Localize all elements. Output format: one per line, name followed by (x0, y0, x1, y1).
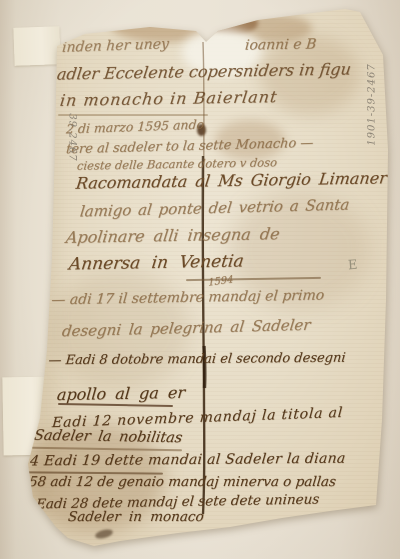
manuscript-line-12: 6 — adi 17 il settembre mandaj el primo (37, 287, 325, 308)
manuscript-date-1594: 1594 (208, 274, 234, 289)
paper-surface: inden her uney ioanni e B adler Eccelent… (20, 6, 392, 552)
accession-number-right: 1901-39-2467 (367, 55, 378, 155)
underline-venetia (186, 277, 321, 281)
manuscript-line-1b: ioanni e B (244, 36, 317, 53)
underline-nobilitas (32, 447, 182, 451)
manuscript-line-17: Sadeler la nobilitas (33, 428, 184, 447)
manuscript-line-21: Sadeler in monaco (67, 509, 204, 525)
manuscript-sheet: inden her uney ioanni e B adler Eccelent… (20, 6, 392, 552)
manuscript-line-9: Apolinare alli insegna de (65, 224, 281, 247)
ink-speck (94, 528, 113, 540)
manuscript-line-4: 2 di marzo 1595 ando (66, 117, 205, 137)
manuscript-line-16: Eadi 12 novembre mandaj la titola al (52, 405, 344, 431)
manuscript-line-7: Racomandata al Ms Giorgio Limaner (75, 168, 388, 192)
manuscript-line-18: 4 Eadi 19 dette mandai al Sadeler la dia… (29, 451, 346, 470)
manuscript-line-19: 58 adi 12 de genaio mandaj minerva o pal… (28, 474, 337, 490)
manuscript-line-3: in monacho in Baierlant (59, 87, 279, 110)
ink-rule (58, 114, 208, 116)
manuscript-line-14: 2 — Eadi 8 dotobre mandai el secondo des… (35, 351, 346, 369)
accession-number-left: 39.2467 (67, 108, 78, 168)
stain (206, 11, 258, 35)
manuscript-line-1a: inden her uney (61, 36, 169, 56)
manuscript-line-10: Annersa in Venetia (68, 251, 245, 274)
manuscript-line-15: apollo al ga er (56, 383, 186, 404)
manuscript-line-13: desegni la pelegrina al Sadeler (61, 316, 312, 341)
manuscript-photograph: inden her uney ioanni e B adler Eccelent… (0, 0, 400, 559)
manuscript-line-5: tere al sadeler to la sette Monacho — (65, 136, 313, 158)
manuscript-line-2: adler Eccelente copersniders in figu (56, 59, 352, 83)
manuscript-line-8: lamigo al ponte del vetrio a Santa (79, 195, 350, 220)
collector-mark: E (347, 258, 359, 274)
